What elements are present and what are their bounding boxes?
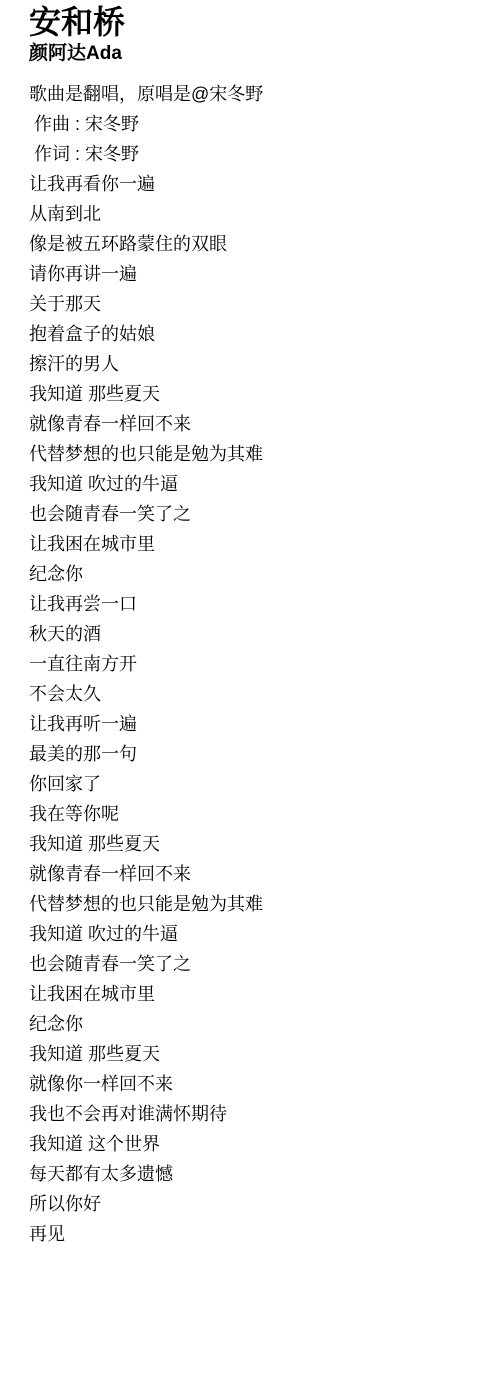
- lyric-line: 再见: [29, 1219, 490, 1249]
- lyric-line: 就像青春一样回不来: [29, 409, 490, 439]
- lyric-line: 像是被五环路蒙住的双眼: [29, 229, 490, 259]
- lyric-line: 纪念你: [29, 1009, 490, 1039]
- artist-name: 颜阿达Ada: [29, 42, 490, 65]
- lyric-line: 我在等你呢: [29, 799, 490, 829]
- lyric-line: 也会随青春一笑了之: [29, 949, 490, 979]
- lyric-line: 从南到北: [29, 199, 490, 229]
- lyric-line: 代替梦想的也只能是勉为其难: [29, 889, 490, 919]
- lyric-line: 让我困在城市里: [29, 979, 490, 1009]
- lyric-line: 让我再看你一遍: [29, 169, 490, 199]
- lyric-line: 我知道 吹过的牛逼: [29, 469, 490, 499]
- lyric-line: 我也不会再对谁满怀期待: [29, 1099, 490, 1129]
- lyric-line: 抱着盒子的姑娘: [29, 319, 490, 349]
- lyric-line: 作曲 : 宋冬野: [29, 109, 490, 139]
- lyric-line: 也会随青春一笑了之: [29, 499, 490, 529]
- lyric-line: 请你再讲一遍: [29, 259, 490, 289]
- lyric-line: 关于那天: [29, 289, 490, 319]
- lyric-line: 作词 : 宋冬野: [29, 139, 490, 169]
- lyric-line: 我知道 吹过的牛逼: [29, 919, 490, 949]
- lyrics-page: 安和桥 颜阿达Ada 歌曲是翻唱，原唱是@宋冬野 作曲 : 宋冬野 作词 : 宋…: [0, 0, 500, 1249]
- lyric-line: 让我再尝一口: [29, 589, 490, 619]
- lyric-line: 我知道 那些夏天: [29, 829, 490, 859]
- lyric-line: 每天都有太多遗憾: [29, 1159, 490, 1189]
- lyric-line: 你回家了: [29, 769, 490, 799]
- lyric-line: 不会太久: [29, 679, 490, 709]
- lyric-line: 秋天的酒: [29, 619, 490, 649]
- lyric-line: 擦汗的男人: [29, 349, 490, 379]
- lyric-line: 我知道 这个世界: [29, 1129, 490, 1159]
- lyric-line: 纪念你: [29, 559, 490, 589]
- lyric-line: 就像青春一样回不来: [29, 859, 490, 889]
- lyric-line: 我知道 那些夏天: [29, 1039, 490, 1069]
- lyric-line: 我知道 那些夏天: [29, 379, 490, 409]
- song-title: 安和桥: [29, 2, 490, 42]
- lyric-line: 就像你一样回不来: [29, 1069, 490, 1099]
- lyrics-list: 歌曲是翻唱，原唱是@宋冬野 作曲 : 宋冬野 作词 : 宋冬野让我再看你一遍从南…: [29, 79, 490, 1249]
- lyric-line: 歌曲是翻唱，原唱是@宋冬野: [29, 79, 490, 109]
- lyric-line: 最美的那一句: [29, 739, 490, 769]
- lyric-line: 让我困在城市里: [29, 529, 490, 559]
- lyric-line: 让我再听一遍: [29, 709, 490, 739]
- lyric-line: 一直往南方开: [29, 649, 490, 679]
- lyric-line: 代替梦想的也只能是勉为其难: [29, 439, 490, 469]
- lyric-line: 所以你好: [29, 1189, 490, 1219]
